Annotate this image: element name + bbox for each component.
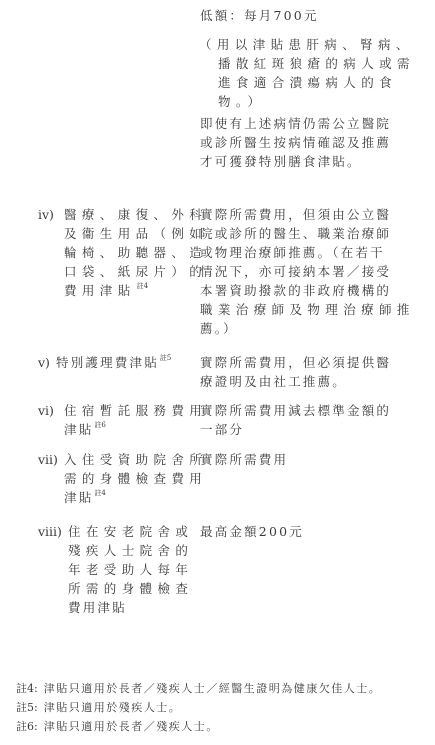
condition-line: 即使有上述病情仍需公立醫院 [200,114,430,133]
footnote-text: 津貼只適用於長者／殘疾人士。 [44,720,219,733]
footnote-ref: 註4 [137,282,148,290]
desc-line: 院或診所的醫生、職業治療師 [200,224,430,243]
item-v-label: v) 特別護理費津貼註5 [38,353,198,373]
desc-line: 薦。） [200,319,430,338]
label-line: 費用津貼 [68,598,193,617]
item-vii-label: vii) 入住受資助院舍所 需的身體檢查費用 津貼註4 [38,450,198,510]
label-line: 輪椅、助聽器、造 [64,243,207,262]
item-number: v) [38,353,50,372]
desc-line: 實際所需費用，但必須提供醫 [200,353,430,372]
item-number: viii) [38,522,62,541]
label-line: 住宿暫託服務費用 [64,401,207,420]
paren-line: 進食適合潰瘍病人的食 [199,73,431,92]
label-last-text: 費用津貼 [64,283,136,298]
item-iv-label: iv) 醫療、康復、外科 及衞生用品（例如 輪椅、助聽器、造 口袋、紙尿片）的 … [38,205,198,305]
condition-line: 或診所醫生按病情確認及推薦 [200,133,430,152]
label-line: 入住受資助院舍所 [64,450,207,469]
desc-line: 實際所需費用，但須由公立醫 [200,205,430,224]
footnote-ref: 註4 [94,489,105,497]
label-line: 費用津貼註4 [64,281,207,300]
item-viii-label: viii) 住在安老院舍或 殘疾人士院舍的 年老受助人每年 所需的身體檢查 費用… [38,522,198,622]
footnote-6: 註6:津貼只適用於長者／殘疾人士。 [16,717,219,736]
label-line: 口袋、紙尿片）的 [64,262,207,281]
footnote-tag: 註5: [16,701,38,714]
footnote-text: 津貼只適用於長者／殘疾人士／經醫生證明為健康欠佳人士。 [44,682,382,695]
condition-line: 才可獲發特別膳食津貼。 [200,152,430,171]
special-diet-block: 低額：每月700元 [200,6,430,25]
item-vi-description: 實際所需費用減去標準金額的 一部分 [200,401,430,439]
paren-line: 播散紅斑狼瘡的病人或需 [199,54,431,73]
item-number: vi) [38,401,54,420]
desc-line: 職業治療師及物理治療師推 [200,300,430,319]
label-line: 住在安老院舍或 [68,522,193,541]
item-number: vii) [38,450,58,469]
desc-line: 或物理治療師推薦。（在若干 [200,243,430,262]
item-v-description: 實際所需費用，但必須提供醫 療證明及由社工推薦。 [200,353,430,391]
special-diet-condition: 即使有上述病情仍需公立醫院 或診所醫生按病情確認及推薦 才可獲發特別膳食津貼。 [200,114,430,171]
label-line: 及衞生用品（例如 [64,224,207,243]
desc-line: 實際所需費用 [200,450,430,469]
desc-line: 最高金額200元 [200,522,430,541]
item-vii-description: 實際所需費用 [200,450,430,469]
special-diet-paren-note: （用以津貼患肝病、腎病、 播散紅斑狼瘡的病人或需 進食適合潰瘍病人的食 物。） [199,35,431,111]
label-last-text: 津貼 [64,422,93,437]
label-line: 殘疾人士院舍的 [68,541,193,560]
low-rate-text: 低額：每月700元 [200,6,430,25]
label-last-text: 津貼 [64,490,93,505]
label-line: 津貼註4 [64,488,207,507]
label-line: 需的身體檢查費用 [64,469,207,488]
item-number: iv) [38,205,54,224]
desc-line: 療證明及由社工推薦。 [200,372,430,391]
label-line: 特別護理費津貼註5 [56,353,171,372]
desc-line: 本署資助撥款的非政府機構的 [200,281,430,300]
desc-line: 情況下，亦可接納本署／接受 [200,262,430,281]
footnote-text: 津貼只適用於殘疾人士。 [44,701,182,714]
paren-line: （用以津貼患肝病、腎病、 [199,35,431,54]
footnote-ref: 註6 [94,421,105,429]
label-line: 年老受助人每年 [68,560,193,579]
label-text: 特別護理費津貼 [56,355,159,370]
label-line: 醫療、康復、外科 [64,205,207,224]
footnote-5: 註5:津貼只適用於殘疾人士。 [16,698,181,717]
footnote-tag: 註6: [16,720,38,733]
desc-line: 一部分 [200,420,430,439]
item-vi-label: vi) 住宿暫託服務費用 津貼註6 [38,401,198,441]
footnote-tag: 註4: [16,682,38,695]
footnote-ref: 註5 [160,354,171,362]
label-line: 所需的身體檢查 [68,579,193,598]
item-viii-description: 最高金額200元 [200,522,430,541]
label-line: 津貼註6 [64,420,207,439]
item-iv-description: 實際所需費用，但須由公立醫 院或診所的醫生、職業治療師 或物理治療師推薦。（在若… [200,205,430,338]
desc-line: 實際所需費用減去標準金額的 [200,401,430,420]
footnote-4: 註4:津貼只適用於長者／殘疾人士／經醫生證明為健康欠佳人士。 [16,679,381,698]
paren-line: 物。） [199,92,431,111]
